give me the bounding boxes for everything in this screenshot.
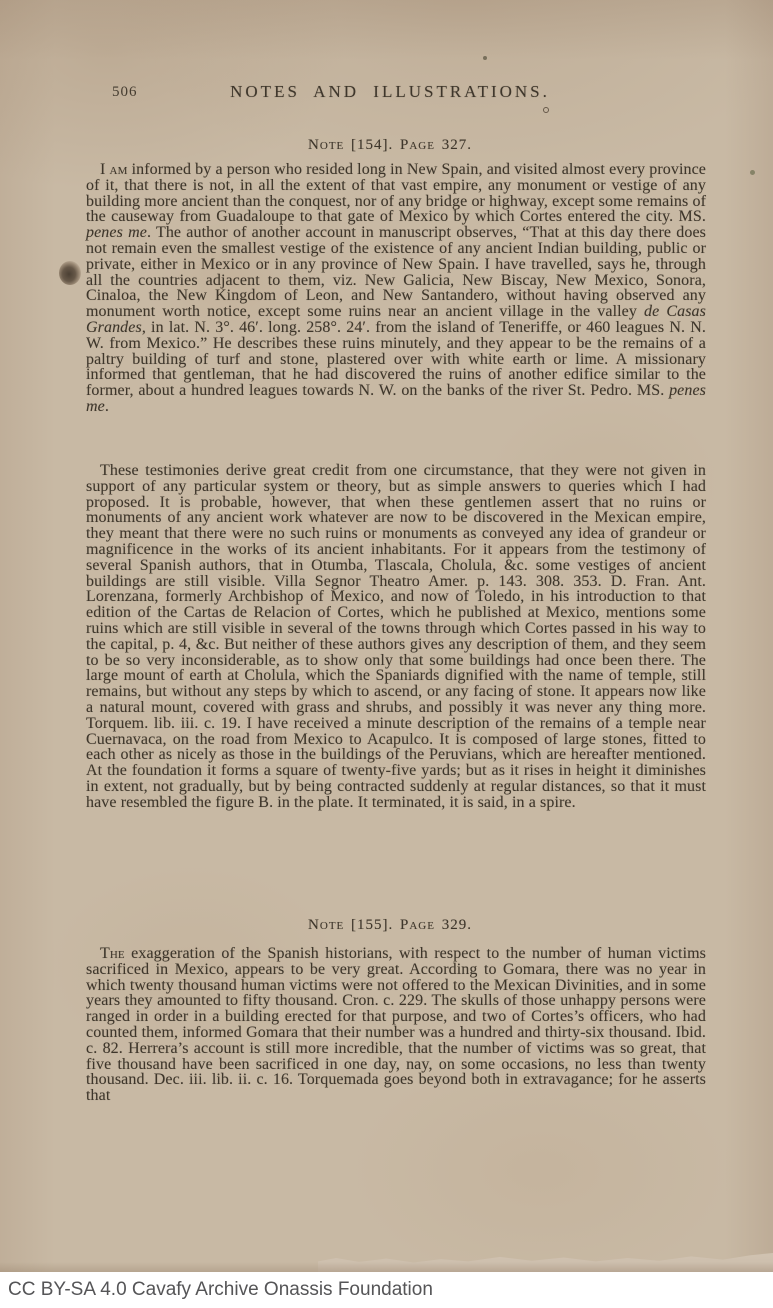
text-segment: penes me	[86, 224, 147, 241]
note-154-paragraph-1: I am informed by a person who resided lo…	[86, 162, 706, 415]
text-segment: . The author of another account in manus…	[86, 224, 706, 320]
text-segment: informed by a person who resided long in…	[86, 161, 706, 225]
text-segment: , in lat. N. 3°. 46′. long. 258°. 24′. f…	[86, 319, 706, 399]
paper-speck	[750, 170, 755, 175]
paper-bottom-shadow	[0, 1262, 773, 1272]
note-154-heading: Note [154]. Page 327.	[80, 137, 700, 154]
running-title: NOTES AND ILLUSTRATIONS.	[80, 82, 700, 102]
printers-ring-mark	[543, 107, 549, 113]
text-segment: I am	[100, 161, 127, 178]
text-segment: The	[100, 945, 125, 962]
license-text: CC BY-SA 4.0 Cavafy Archive Onassis Foun…	[0, 1279, 433, 1301]
note-155-heading: Note [155]. Page 329.	[80, 917, 700, 934]
note-154-paragraph-2: These testimonies derive great credit fr…	[86, 463, 706, 811]
note-155-paragraph-1: The exaggeration of the Spanish historia…	[86, 946, 706, 1104]
paper-speck	[483, 56, 487, 60]
text-segment: .	[105, 398, 109, 415]
text-segment: exaggeration of the Spanish historians, …	[86, 945, 706, 1104]
screenshot-root: 506 NOTES AND ILLUSTRATIONS. Note [154].…	[0, 0, 773, 1308]
license-bar: CC BY-SA 4.0 Cavafy Archive Onassis Foun…	[0, 1272, 773, 1308]
ink-stain	[59, 261, 81, 285]
text-segment: These testimonies derive great credit fr…	[86, 462, 706, 811]
book-page-scan: 506 NOTES AND ILLUSTRATIONS. Note [154].…	[0, 0, 773, 1272]
